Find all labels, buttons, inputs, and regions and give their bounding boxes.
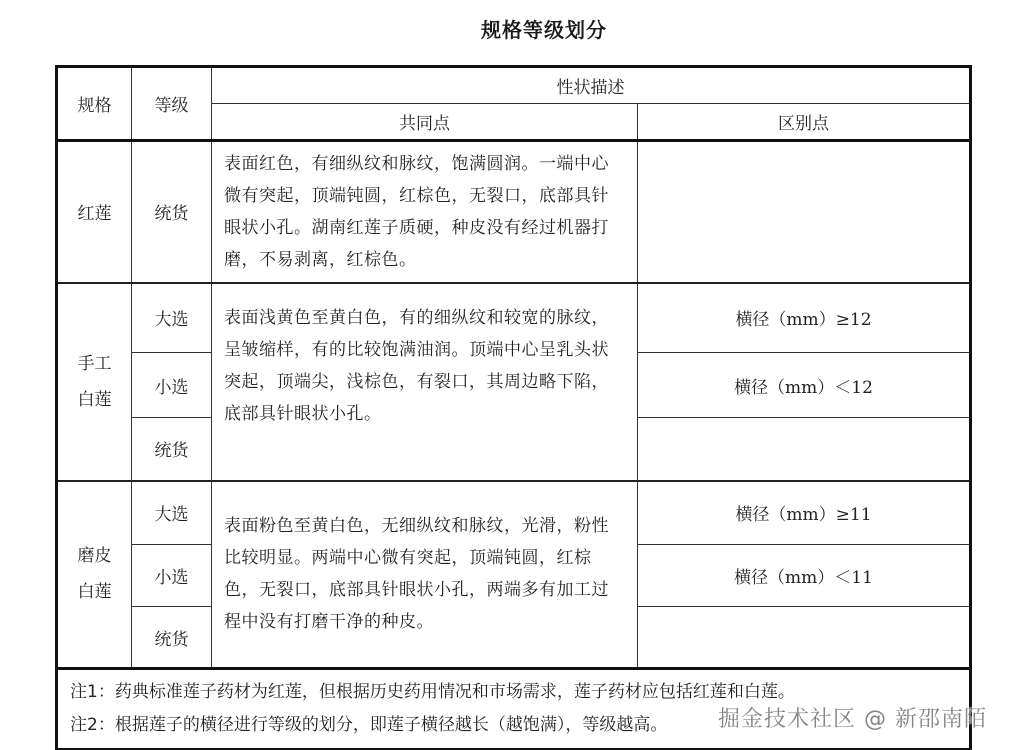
header-common-points: 共同点 [212, 104, 638, 141]
spec-cell: 手工 白莲 [57, 283, 132, 481]
difference-cell [638, 141, 971, 283]
grade-cell: 大选 [132, 283, 212, 353]
header-grade: 等级 [132, 67, 212, 141]
header-difference-points: 区别点 [638, 104, 971, 141]
grade-cell: 统货 [132, 418, 212, 481]
difference-cell: 横径（mm）≥11 [638, 481, 971, 545]
table-row-handmade-white-lotus-large: 手工 白莲 大选 表面浅黄色至黄白色，有的细纵纹和较宽的脉纹，呈皱缩样，有的比较… [57, 283, 971, 353]
grade-cell: 小选 [132, 353, 212, 418]
spec-label-line2: 白莲 [58, 574, 131, 610]
difference-cell: 横径（mm）＜12 [638, 353, 971, 418]
grade-cell: 统货 [132, 141, 212, 283]
common-description-cell: 表面红色，有细纵纹和脉纹，饱满圆润。一端中心微有突起，顶端钝圆，红棕色，无裂口，… [212, 141, 638, 283]
spec-label-line2: 白莲 [58, 382, 131, 418]
spec-cell: 红莲 [57, 141, 132, 283]
grade-classification-table: 规格 等级 性状描述 共同点 区别点 红莲 统货 表面红色，有细纵纹和脉纹，饱满… [55, 65, 972, 750]
common-description: 表面粉色至黄白色，无细纵纹和脉纹，光滑，粉性比较明显。两端中心微有突起，顶端钝圆… [224, 510, 625, 638]
grade-cell: 大选 [132, 481, 212, 545]
common-description: 表面红色，有细纵纹和脉纹，饱满圆润。一端中心微有突起，顶端钝圆，红棕色，无裂口，… [224, 148, 625, 276]
difference-cell [638, 418, 971, 481]
header-spec: 规格 [57, 67, 132, 141]
header-description: 性状描述 [212, 67, 971, 104]
difference-cell: 横径（mm）＜11 [638, 545, 971, 607]
common-description-cell: 表面浅黄色至黄白色，有的细纵纹和较宽的脉纹，呈皱缩样，有的比较饱满油润。顶端中心… [212, 283, 638, 481]
difference-cell: 横径（mm）≥12 [638, 283, 971, 353]
difference-cell [638, 607, 971, 669]
common-description-cell: 表面粉色至黄白色，无细纵纹和脉纹，光滑，粉性比较明显。两端中心微有突起，顶端钝圆… [212, 481, 638, 669]
spec-label: 红莲 [78, 204, 112, 224]
table-row-red-lotus: 红莲 统货 表面红色，有细纵纹和脉纹，饱满圆润。一端中心微有突起，顶端钝圆，红棕… [57, 141, 971, 283]
grade-cell: 小选 [132, 545, 212, 607]
document-title: 规格等级划分 [0, 14, 1024, 43]
spec-label-line1: 手工 [58, 346, 131, 382]
table-row-polished-white-lotus-large: 磨皮 白莲 大选 表面粉色至黄白色，无细纵纹和脉纹，光滑，粉性比较明显。两端中心… [57, 481, 971, 545]
common-description: 表面浅黄色至黄白色，有的细纵纹和较宽的脉纹，呈皱缩样，有的比较饱满油润。顶端中心… [224, 294, 625, 430]
spec-label-line1: 磨皮 [58, 538, 131, 574]
spec-cell: 磨皮 白莲 [57, 481, 132, 669]
grade-cell: 统货 [132, 607, 212, 669]
watermark: 掘金技术社区 @ 新邵南陌 [718, 702, 987, 733]
